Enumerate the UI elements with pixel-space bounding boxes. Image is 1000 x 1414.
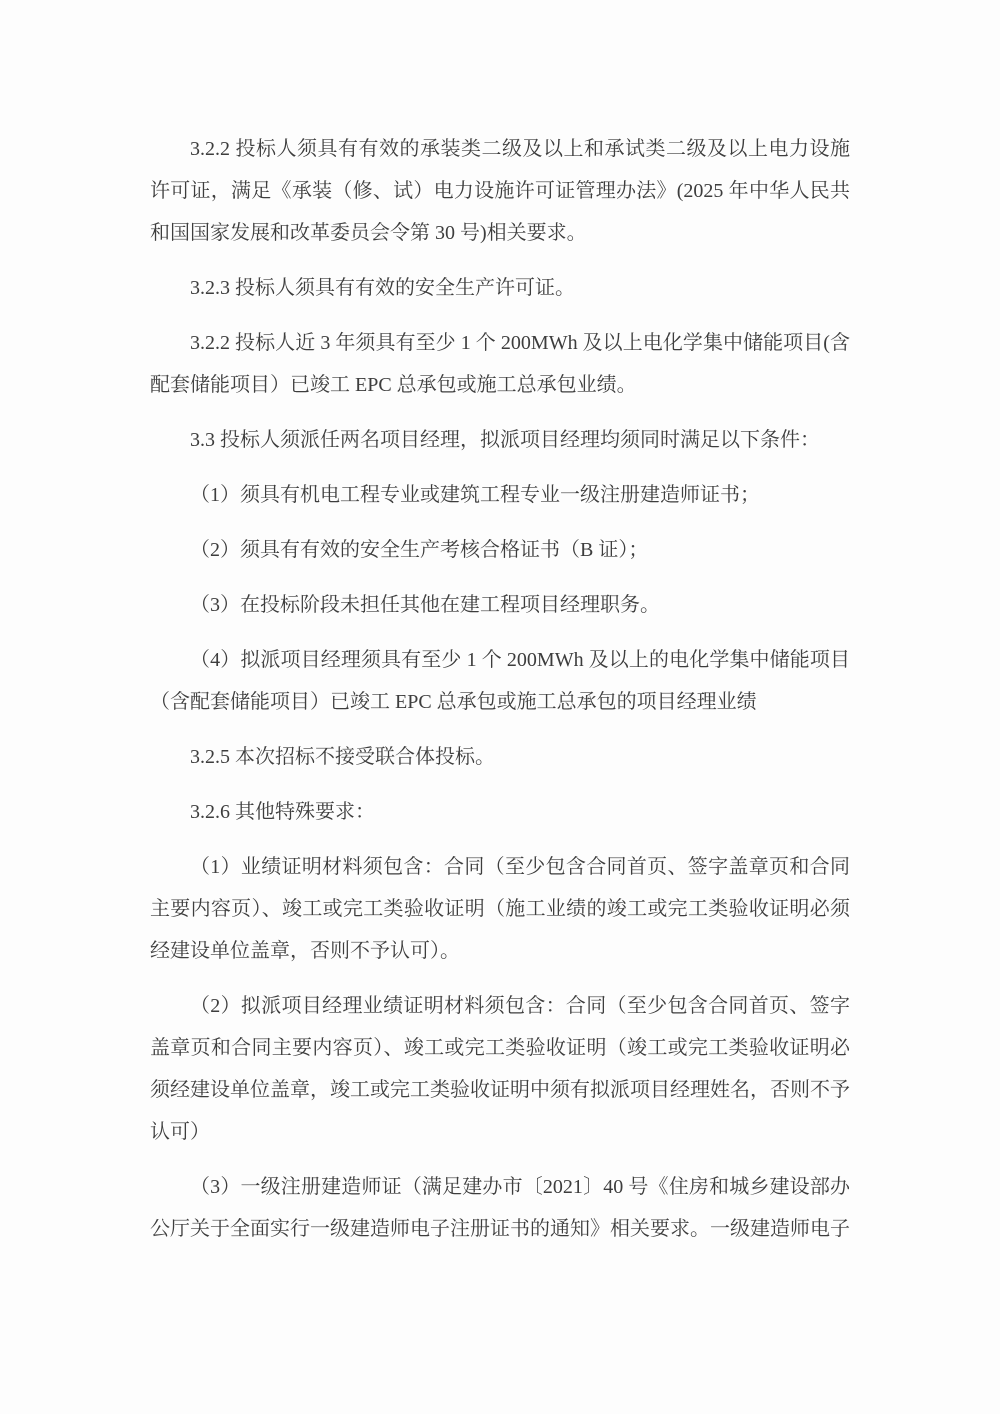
paragraph-condition-3: （3）在投标阶段未担任其他在建工程项目经理职务。 bbox=[150, 584, 850, 626]
paragraph-special-2: （2）拟派项目经理业绩证明材料须包含：合同（至少包含合同首页、签字盖章页和合同主… bbox=[150, 985, 850, 1153]
paragraph-condition-1: （1）须具有机电工程专业或建筑工程专业一级注册建造师证书； bbox=[150, 474, 850, 516]
paragraph-requirement-3-2-6: 3.2.6 其他特殊要求： bbox=[150, 791, 850, 833]
paragraph-requirement-3-3: 3.3 投标人须派任两名项目经理，拟派项目经理均须同时满足以下条件： bbox=[150, 419, 850, 461]
paragraph-special-1: （1）业绩证明材料须包含：合同（至少包含合同首页、签字盖章页和合同主要内容页）、… bbox=[150, 846, 850, 972]
paragraph-requirement-3-2-3: 3.2.3 投标人须具有有效的安全生产许可证。 bbox=[150, 267, 850, 309]
paragraph-condition-4: （4）拟派项目经理须具有至少 1 个 200MWh 及以上的电化学集中储能项目（… bbox=[150, 639, 850, 723]
paragraph-requirement-3-2-2: 3.2.2 投标人须具有有效的承装类二级及以上和承试类二级及以上电力设施许可证，… bbox=[150, 128, 850, 254]
document-page: 3.2.2 投标人须具有有效的承装类二级及以上和承试类二级及以上电力设施许可证，… bbox=[0, 0, 1000, 1414]
document-body: 3.2.2 投标人须具有有效的承装类二级及以上和承试类二级及以上电力设施许可证，… bbox=[150, 128, 850, 1263]
paragraph-special-3: （3）一级注册建造师证（满足建办市〔2021〕40 号《住房和城乡建设部办公厅关… bbox=[150, 1166, 850, 1250]
paragraph-requirement-3-2-2b: 3.2.2 投标人近 3 年须具有至少 1 个 200MWh 及以上电化学集中储… bbox=[150, 322, 850, 406]
paragraph-condition-2: （2）须具有有效的安全生产考核合格证书（B 证）； bbox=[150, 529, 850, 571]
paragraph-requirement-3-2-5: 3.2.5 本次招标不接受联合体投标。 bbox=[150, 736, 850, 778]
